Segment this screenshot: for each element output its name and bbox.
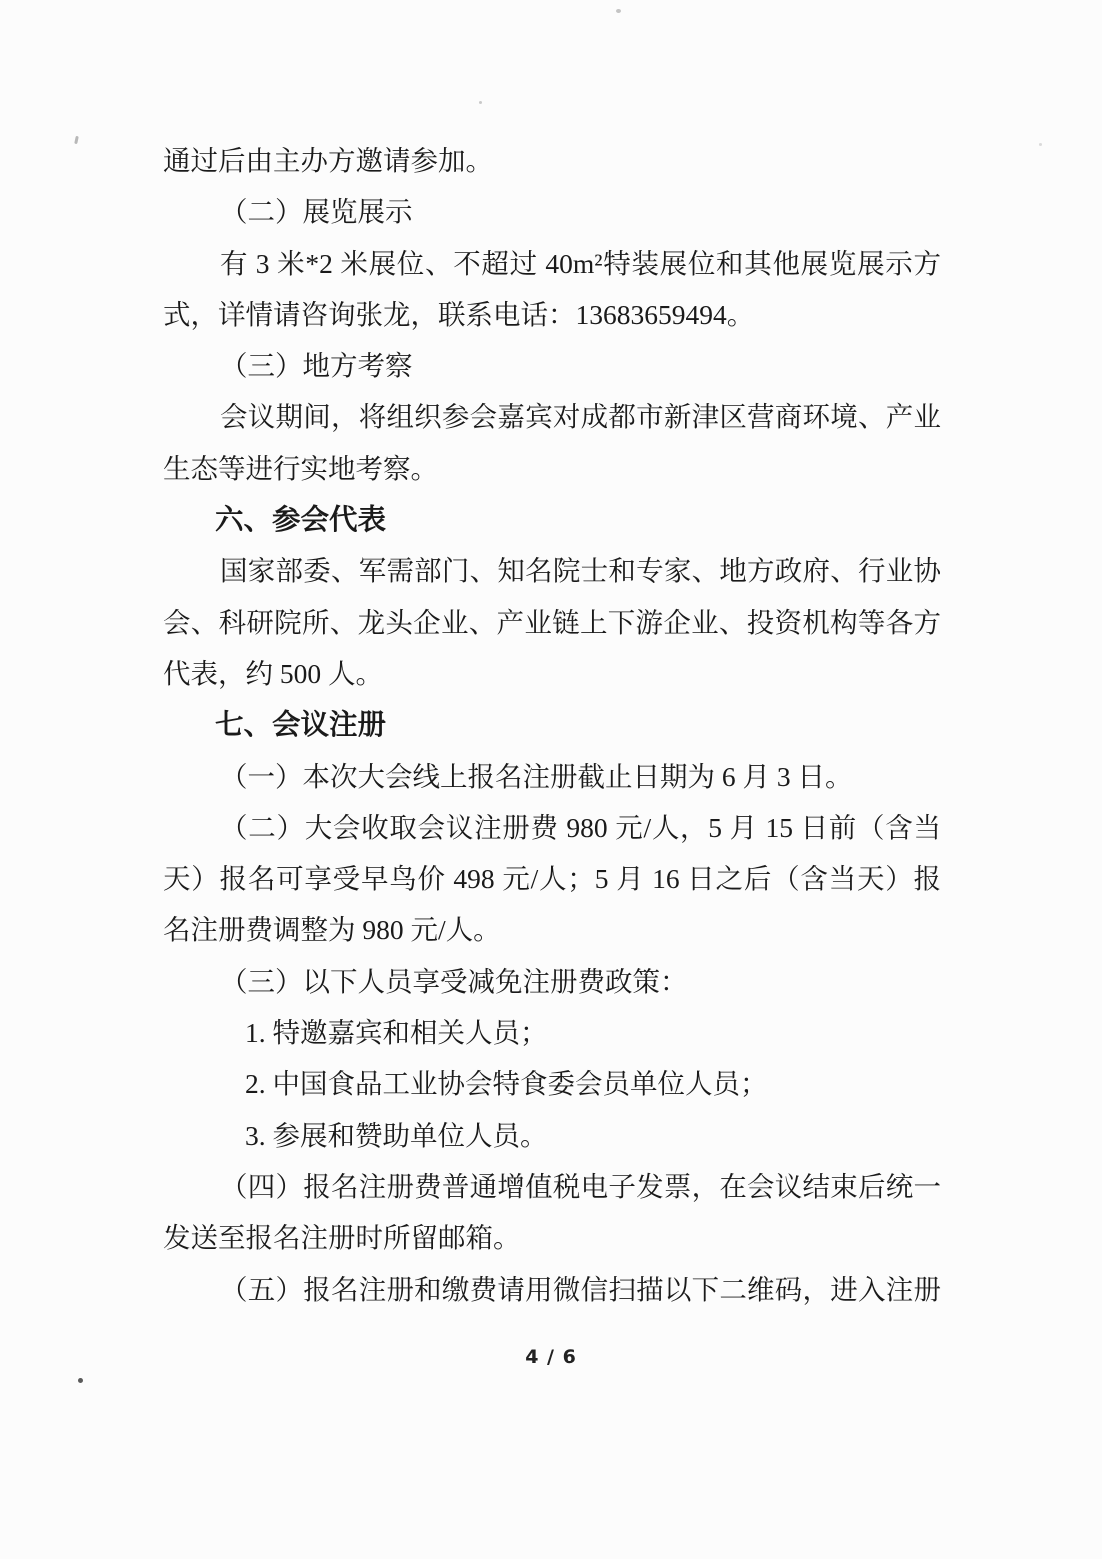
section-heading: 七、会议注册 (163, 699, 941, 750)
text-line: 国家部委、军需部门、知名院士和专家、地方政府、行业协 (163, 545, 941, 596)
section-heading: 六、参会代表 (163, 494, 941, 545)
text-line: 代表，约 500 人。 (163, 648, 941, 699)
page-number: 4 / 6 (0, 1342, 1102, 1372)
text-line: （三）以下人员享受减免注册费政策： (163, 956, 941, 1007)
text-line: （五）报名注册和缴费请用微信扫描以下二维码，进入注册 (163, 1264, 941, 1315)
text-line: 会、科研院所、龙头企业、产业链上下游企业、投资机构等各方 (163, 597, 941, 648)
list-item: 1. 特邀嘉宾和相关人员； (163, 1007, 941, 1058)
scan-speck (1039, 143, 1042, 146)
text-line: 式，详情请咨询张龙，联系电话：13683659494。 (163, 289, 941, 340)
text-line: （四）报名注册费普通增值税电子发票，在会议结束后统一 (163, 1161, 941, 1212)
text-line: 生态等进行实地考察。 (163, 443, 941, 494)
scan-speck (479, 101, 482, 104)
text-line: （二）展览展示 (163, 186, 941, 237)
text-line: （三）地方考察 (163, 340, 941, 391)
list-item: 3. 参展和赞助单位人员。 (163, 1110, 941, 1161)
text-line: （一）本次大会线上报名注册截止日期为 6 月 3 日。 (163, 751, 941, 802)
document-page: 通过后由主办方邀请参加。 （二）展览展示 有 3 米*2 米展位、不超过 40m… (0, 0, 1102, 1559)
text-line: 发送至报名注册时所留邮箱。 (163, 1212, 941, 1263)
text-line: 有 3 米*2 米展位、不超过 40m²特装展位和其他展览展示方 (163, 238, 941, 289)
text-line: 会议期间，将组织参会嘉宾对成都市新津区营商环境、产业 (163, 391, 941, 442)
text-line: 名注册费调整为 980 元/人。 (163, 904, 941, 955)
scan-speck (78, 1378, 83, 1383)
text-line: 天）报名可享受早鸟价 498 元/人；5 月 16 日之后（含当天）报 (163, 853, 941, 904)
scan-speck (74, 136, 79, 144)
text-line: 通过后由主办方邀请参加。 (163, 135, 941, 186)
document-body: 通过后由主办方邀请参加。 （二）展览展示 有 3 米*2 米展位、不超过 40m… (163, 135, 941, 1315)
list-item: 2. 中国食品工业协会特食委会员单位人员； (163, 1058, 941, 1109)
text-line: （二）大会收取会议注册费 980 元/人，5 月 15 日前（含当 (163, 802, 941, 853)
scan-speck (616, 9, 621, 13)
